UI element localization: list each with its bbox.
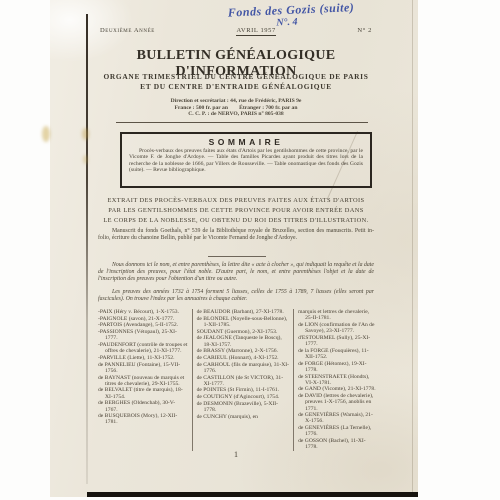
horizontal-rule [116,122,368,123]
index-entry: de JEALOGNE (Tanqueste le Boscq), 18-XI-… [197,335,290,347]
masthead-year: Deuxième Année [100,27,155,36]
index-entry: de GENEVIÈRES (La Ternelle), 1776. [298,425,376,437]
intro-paragraph-2: Les preuves des années 1732 à 1754 forme… [98,289,374,303]
section-divider-rule [208,256,266,257]
index-entry: de BLONDEL (Noyelle-sous-Bellonne), 1-XI… [197,316,290,328]
name-index-columns: -PAIX (Héry v. Bécourt), 1-X-1753.-PAIGN… [98,309,376,451]
index-entry: de COUTIGNY (d'Agincourt), 1754. [197,394,290,400]
index-column-2: de BEAUDOR (Barbant), 27-XI-1778.de BLON… [192,309,294,451]
index-entry: de la FORGE (Fouquières), 11-XII-1752. [298,348,376,360]
index-entry: de GENEVIÈRES (Warnais), 21-X-1756. [298,412,376,424]
index-entry: de BUSQUEBOIS (Mory), 12-XII-1781. [98,413,188,425]
index-entry: de BEAUDOR (Barbant), 27-XI-1778. [197,309,290,315]
index-entry: marquis et lettres de chevalerie, 25-II-… [298,309,376,321]
article-heading-line3: LE CORPS DE LA NOBLESSE, OU OBTENU DU RO… [98,217,374,224]
paper-stain [42,126,50,142]
scanned-bulletin-page: Deuxième Année AVRIL 1957 N° 2 BULLETIN … [50,0,418,497]
intro-paragraph-1: Nous donnons ici le nom, et entre parent… [98,262,374,282]
bulletin-subtitle-line1: ORGANE TRIMESTRIEL DU CENTRE GÉNÉALOGIQU… [96,72,376,81]
page-number: 1 [96,450,376,459]
index-entry: de POINTES (St Firmin), 11-I-1761. [197,387,290,393]
index-entry: de BRASSY (Marronne), 2-X-1756. [197,348,290,354]
index-entry: -PASSIONNES (Vétopaul), 25-XI-1777. [98,329,188,341]
index-entry: de LION (confirmation de l'An de Savoye)… [298,322,376,334]
index-entry: de CARHOUL (fils de marquise), 31-XI-177… [197,362,290,374]
index-entry: SOUDANT (Guermon), 2-XI-1753. [197,329,290,335]
article-heading-line1: EXTRAIT DES PROCÈS-VERBAUX DES PREUVES F… [98,197,374,204]
index-entry: de CASTILLON (de St VICTOR), 31-XI-1777. [197,375,290,387]
screenshot-stage: Le-livre.com Deuxième Année AVRIL 1957 N… [0,0,500,500]
masthead-issue: N° 2 [357,27,372,36]
index-entry: de STEENSTRAETE (Hondts), VI-X-1781. [298,374,376,386]
index-entry: de CUNCHY (marquis), en [197,414,290,420]
sommaire-box: SOMMAIRE Procès-verbaux des preuves fait… [120,132,372,188]
page-bottom-edge [87,492,418,497]
index-entry: -PARTOIS (Avendange), 5-II-1752. [98,322,188,328]
index-entry: -PAIX (Héry v. Bécourt), 1-X-1753. [98,309,188,315]
index-entry: de FORGE (Hétomez), 19-XI-1778. [298,361,376,373]
index-entry: de DAVID (lettres de chevalerie), preuve… [298,393,376,412]
paper-stain [82,128,89,140]
index-entry: de BELVALET (titre de marquis), 18-XI-17… [98,387,188,399]
index-entry: de GAND (Vicomte), 21-XI-1778. [298,386,376,392]
index-entry: -PAIGNOLE (savon), 21-X-1777. [98,316,188,322]
page-right-fold [412,0,413,497]
index-entry: de BERGHES (Oldenchab), 30-V-1767. [98,400,188,412]
article-heading-line2: PAR LES GENTILSHOMMES DE CETTE PROVINCE … [98,207,374,214]
index-entry: d'ESTOURMEL (Sully), 25-XI-1777. [298,335,376,347]
index-entry: de BAYNAST (nouveau de marquis et titres… [98,375,188,387]
sommaire-body: Procès-verbaux des preuves faites aux ét… [122,148,370,174]
index-entry: -PARVILLE (Liette), 11-XI-1752. [98,355,188,361]
index-column-3: marquis et lettres de chevalerie, 25-II-… [293,309,376,451]
ccp-line: C. C. P. : de NERVO, PARIS n° 805-038 [96,111,376,117]
bulletin-subtitle-line2: ET DU CENTRE D'ENTRAIDE GÉNÉALOGIQUE [96,82,376,91]
sommaire-heading: SOMMAIRE [122,137,370,147]
index-entry: de PANNELIEU (Fontaine), 15-VII-1756. [98,362,188,374]
address-line: Direction et secrétariat : 44, rue de Fr… [96,98,376,104]
paper-stain [83,155,88,164]
index-entry: de DESMONIN (Brazeville), 5-XII-1778. [197,401,290,413]
index-entry: de CARIEUL (Honnart), 4-XI-1752. [197,355,290,361]
index-column-1: -PAIX (Héry v. Bécourt), 1-X-1753.-PAIGN… [98,309,192,451]
page-left-crease [86,14,88,484]
index-entry: -PAUDENFORT (contrôle de troupes et offr… [98,342,188,354]
index-entry: de GOSSON (Bachel), 11-XI-1778. [298,438,376,450]
source-note: Manuscrit du fonds Goethals, n° 539 de l… [98,228,374,242]
